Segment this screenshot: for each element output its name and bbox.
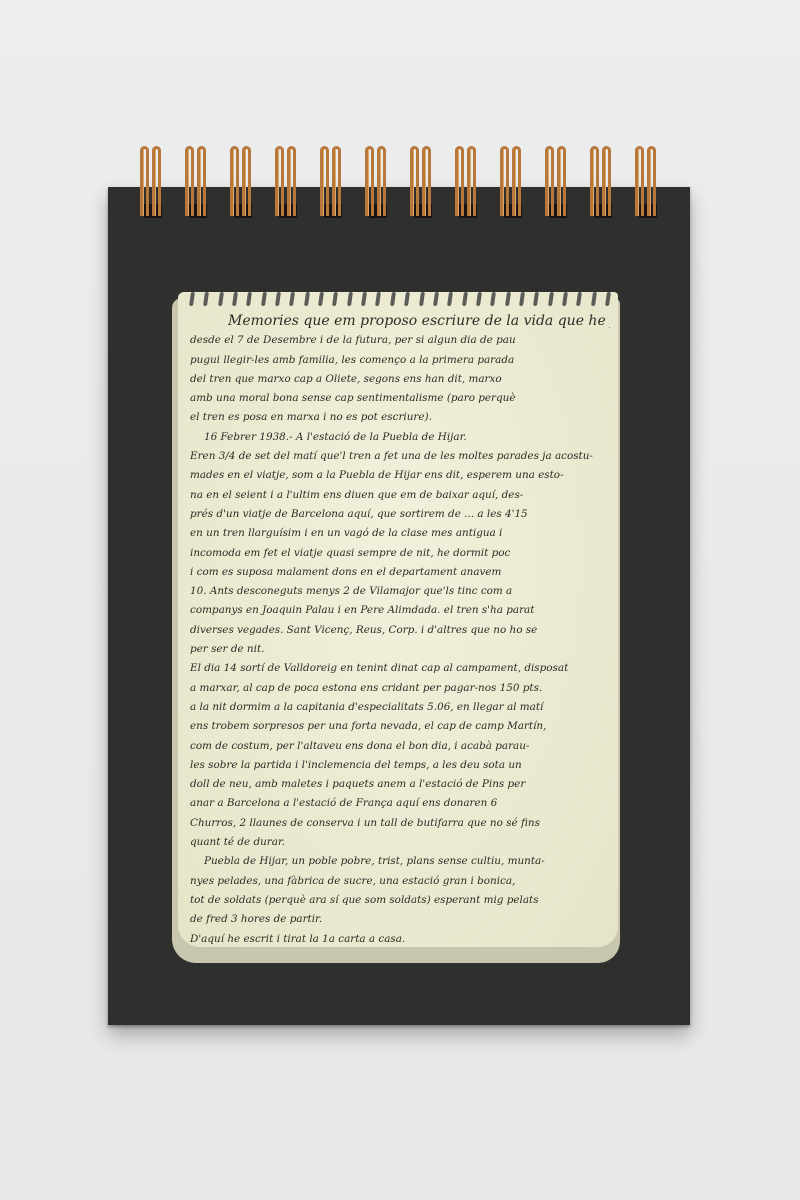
text-line: com de costum, per l'altaveu ens dona el… bbox=[190, 737, 610, 756]
binding-ring bbox=[275, 146, 303, 218]
binding-ring bbox=[455, 146, 483, 218]
text-line: Puebla de Hijar, un poble pobre, trist, … bbox=[190, 852, 610, 871]
text-line: amb una moral bona sense cap sentimental… bbox=[190, 389, 610, 408]
text-line: incomoda em fet el viatje quasi sempre d… bbox=[190, 544, 610, 563]
text-line: Churros, 2 llaunes de conserva i un tall… bbox=[190, 814, 610, 833]
text-line: D'aquí he escrit i tirat la 1a carta a c… bbox=[190, 930, 610, 949]
notebook-page: Memories que em proposo escriure de la v… bbox=[178, 292, 618, 947]
binding-ring bbox=[320, 146, 348, 218]
text-line: doll de neu, amb maletes i paquets anem … bbox=[190, 775, 610, 794]
text-line: nyes pelades, una fàbrica de sucre, una … bbox=[190, 872, 610, 891]
text-line: prés d'un viatje de Barcelona aquí, que … bbox=[190, 505, 610, 524]
notebook-pad: Memories que em proposo escriure de la v… bbox=[178, 288, 621, 958]
binding-ring bbox=[500, 146, 528, 218]
text-line: quant té de durar. bbox=[190, 833, 610, 852]
text-line: i com es suposa malament dons en el depa… bbox=[190, 563, 610, 582]
handwritten-text: Memories que em proposo escriure de la v… bbox=[190, 312, 610, 949]
text-line: tot de soldats (perquè ara sí que som so… bbox=[190, 891, 610, 910]
text-line: 10. Ants desconeguts menys 2 de Vilamajo… bbox=[190, 582, 610, 601]
text-line: en un tren llarguísim i en un vagó de la… bbox=[190, 524, 610, 543]
text-line: companys en Joaquin Palau i en Pere Alim… bbox=[190, 601, 610, 620]
binding-ring bbox=[230, 146, 258, 218]
binding-ring bbox=[365, 146, 393, 218]
binding-ring bbox=[185, 146, 213, 218]
text-line: de fred 3 hores de partir. bbox=[190, 910, 610, 929]
binding-ring bbox=[140, 146, 168, 218]
binding-ring bbox=[545, 146, 573, 218]
text-line: diverses vegades. Sant Vicenç, Reus, Cor… bbox=[190, 621, 610, 640]
text-line: desde el 7 de Desembre i de la futura, p… bbox=[190, 331, 610, 350]
text-line: Eren 3/4 de set del matí que'l tren a fe… bbox=[190, 447, 610, 466]
text-line: del tren que marxo cap a Oliete, segons … bbox=[190, 370, 610, 389]
text-line: mades en el viatje, som a la Puebla de H… bbox=[190, 466, 610, 485]
text-line: ens trobem sorpresos per una forta nevad… bbox=[190, 717, 610, 736]
memoir-title: Memories que em proposo escriure de la v… bbox=[190, 312, 610, 331]
text-line: na en el seient i a l'ultim ens diuen qu… bbox=[190, 486, 610, 505]
binding-ring bbox=[410, 146, 438, 218]
text-line: el tren es posa en marxa i no es pot esc… bbox=[190, 408, 610, 427]
text-line: a la nit dormim a la capitania d'especia… bbox=[190, 698, 610, 717]
text-line: per ser de nit. bbox=[190, 640, 610, 659]
small-spiral-coil bbox=[190, 292, 610, 306]
spiral-binding bbox=[0, 0, 800, 230]
text-line: El dia 14 sortí de Valldoreig en tenint … bbox=[190, 659, 610, 678]
text-line: anar a Barcelona a l'estació de França a… bbox=[190, 794, 610, 813]
text-line: pugui llegir-les amb familia, les començ… bbox=[190, 351, 610, 370]
binding-ring bbox=[590, 146, 618, 218]
binding-ring bbox=[635, 146, 663, 218]
text-line: a marxar, al cap de poca estona ens crid… bbox=[190, 679, 610, 698]
text-line: les sobre la partida i l'inclemencia del… bbox=[190, 756, 610, 775]
date-heading: 16 Febrer 1938.- A l'estació de la Puebl… bbox=[190, 428, 610, 447]
